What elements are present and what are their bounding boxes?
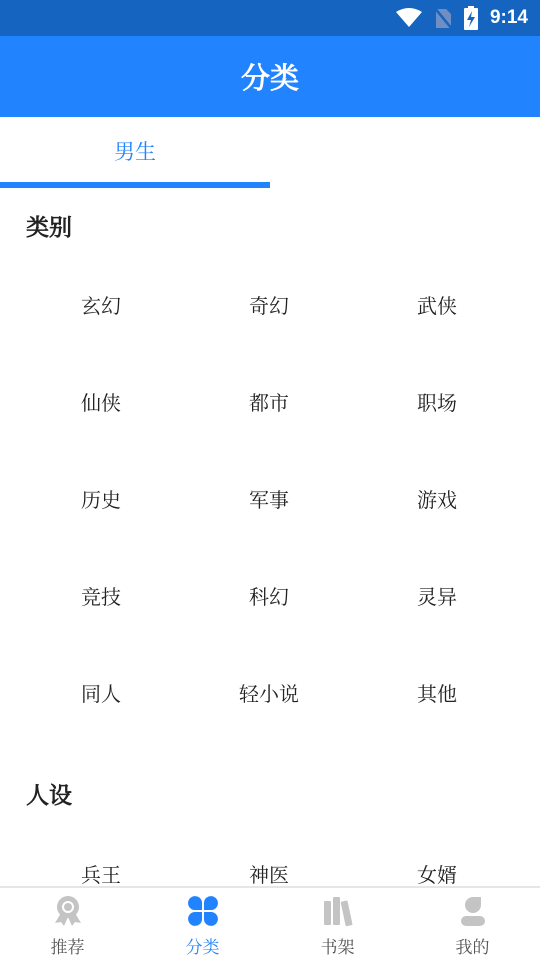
- gender-tabs: 男生: [0, 117, 540, 189]
- persona-grid: 兵王 神医 女婿: [17, 825, 522, 886]
- category-item[interactable]: 都市: [185, 353, 353, 450]
- category-item[interactable]: 军事: [185, 450, 353, 547]
- category-grid: 玄幻 奇幻 武侠 仙侠 都市 职场 历史 军事 游戏 竞技 科幻 灵异 同人 轻…: [17, 256, 522, 741]
- category-item[interactable]: 轻小说: [185, 644, 353, 741]
- category-item[interactable]: 竞技: [17, 547, 185, 644]
- nav-label: 推荐: [51, 933, 85, 958]
- app-bar: 分类: [0, 36, 540, 117]
- no-sim-icon: [434, 7, 452, 29]
- category-grid-icon: [186, 894, 220, 928]
- award-ribbon-icon: [51, 894, 85, 928]
- wifi-icon: [396, 8, 422, 28]
- category-item[interactable]: 历史: [17, 450, 185, 547]
- tab-label: 男生: [114, 136, 156, 166]
- nav-item-recommend[interactable]: 推荐: [0, 888, 135, 960]
- tab-male[interactable]: 男生: [0, 117, 270, 189]
- section-title-persona: 人设: [26, 777, 72, 810]
- category-content[interactable]: 类别 玄幻 奇幻 武侠 仙侠 都市 职场 历史 军事 游戏 竞技 科幻 灵异 同…: [0, 189, 540, 886]
- category-item[interactable]: 灵异: [353, 547, 521, 644]
- nav-label: 我的: [456, 933, 490, 958]
- category-item[interactable]: 仙侠: [17, 353, 185, 450]
- bottom-nav: 推荐 分类 书架 我的: [0, 886, 540, 960]
- category-item[interactable]: 职场: [353, 353, 521, 450]
- category-item[interactable]: 游戏: [353, 450, 521, 547]
- status-bar: 9:14: [0, 0, 540, 36]
- section-title-category: 类别: [26, 209, 72, 242]
- status-time: 9:14: [490, 7, 528, 29]
- persona-item[interactable]: 神医: [185, 825, 353, 886]
- nav-label: 书架: [321, 933, 355, 958]
- nav-item-bookshelf[interactable]: 书架: [270, 888, 405, 960]
- persona-item[interactable]: 兵王: [17, 825, 185, 886]
- category-item[interactable]: 同人: [17, 644, 185, 741]
- nav-item-category[interactable]: 分类: [135, 888, 270, 960]
- nav-item-profile[interactable]: 我的: [405, 888, 540, 960]
- persona-item[interactable]: 女婿: [353, 825, 521, 886]
- bookshelf-icon: [321, 894, 355, 928]
- nav-label: 分类: [186, 933, 220, 958]
- profile-icon: [456, 894, 490, 928]
- battery-charging-icon: [464, 6, 478, 30]
- category-item[interactable]: 其他: [353, 644, 521, 741]
- page-title: 分类: [241, 56, 299, 97]
- tab-indicator: [0, 182, 270, 188]
- category-item[interactable]: 武侠: [353, 256, 521, 353]
- category-item[interactable]: 玄幻: [17, 256, 185, 353]
- category-item[interactable]: 奇幻: [185, 256, 353, 353]
- category-item[interactable]: 科幻: [185, 547, 353, 644]
